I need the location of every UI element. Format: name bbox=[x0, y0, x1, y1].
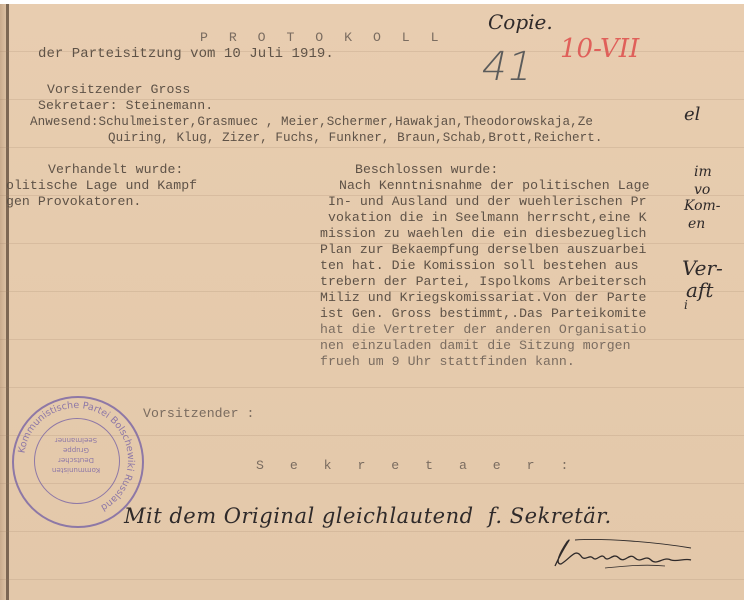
svg-text:Deutscher: Deutscher bbox=[58, 456, 94, 464]
red-date-mark: 10-VII bbox=[560, 34, 639, 64]
margin-note: en bbox=[688, 216, 705, 232]
margin-note: im bbox=[694, 164, 712, 180]
binding-edge bbox=[6, 4, 9, 600]
svg-text:Seelmanner: Seelmanner bbox=[55, 436, 97, 444]
chair-signature-label: Vorsitzender : bbox=[143, 404, 255, 424]
margin-note: el bbox=[684, 104, 700, 125]
certification-note: Mit dem Original gleichlautend f. Sekret… bbox=[124, 504, 612, 528]
copy-mark: Copie. bbox=[488, 10, 553, 34]
page-number: 41 bbox=[477, 44, 538, 90]
party-stamp: Kommunistische Partei Bolschewiki Russla… bbox=[12, 396, 144, 528]
margin-note: vo bbox=[694, 182, 710, 198]
present-line-2: Quiring, Klug, Zizer, Fuchs, Funkner, Br… bbox=[108, 128, 603, 148]
secretary-signature-label: S e k r e t a e r : bbox=[256, 456, 577, 476]
margin-note: Ver- bbox=[682, 256, 723, 280]
signature-scribble-icon bbox=[545, 534, 695, 574]
margin-note: i bbox=[684, 298, 688, 312]
margin-note: aft bbox=[686, 278, 713, 302]
resolved-line: frueh um 9 Uhr stattfinden kann. bbox=[320, 352, 575, 372]
document-page: P R O T O K O L L der Parteisitzung vom … bbox=[0, 4, 744, 600]
svg-text:Kommunisten: Kommunisten bbox=[52, 466, 100, 474]
secretary-signature bbox=[545, 534, 695, 574]
document-subtitle: der Parteisitzung vom 10 Juli 1919. bbox=[38, 44, 334, 64]
discussed-line: gen Provokatoren. bbox=[6, 192, 141, 212]
stamp-text-icon: Kommunistische Partei Bolschewiki Russla… bbox=[12, 396, 140, 524]
svg-text:Gruppe: Gruppe bbox=[63, 446, 89, 454]
margin-note: Kom- bbox=[684, 198, 721, 214]
